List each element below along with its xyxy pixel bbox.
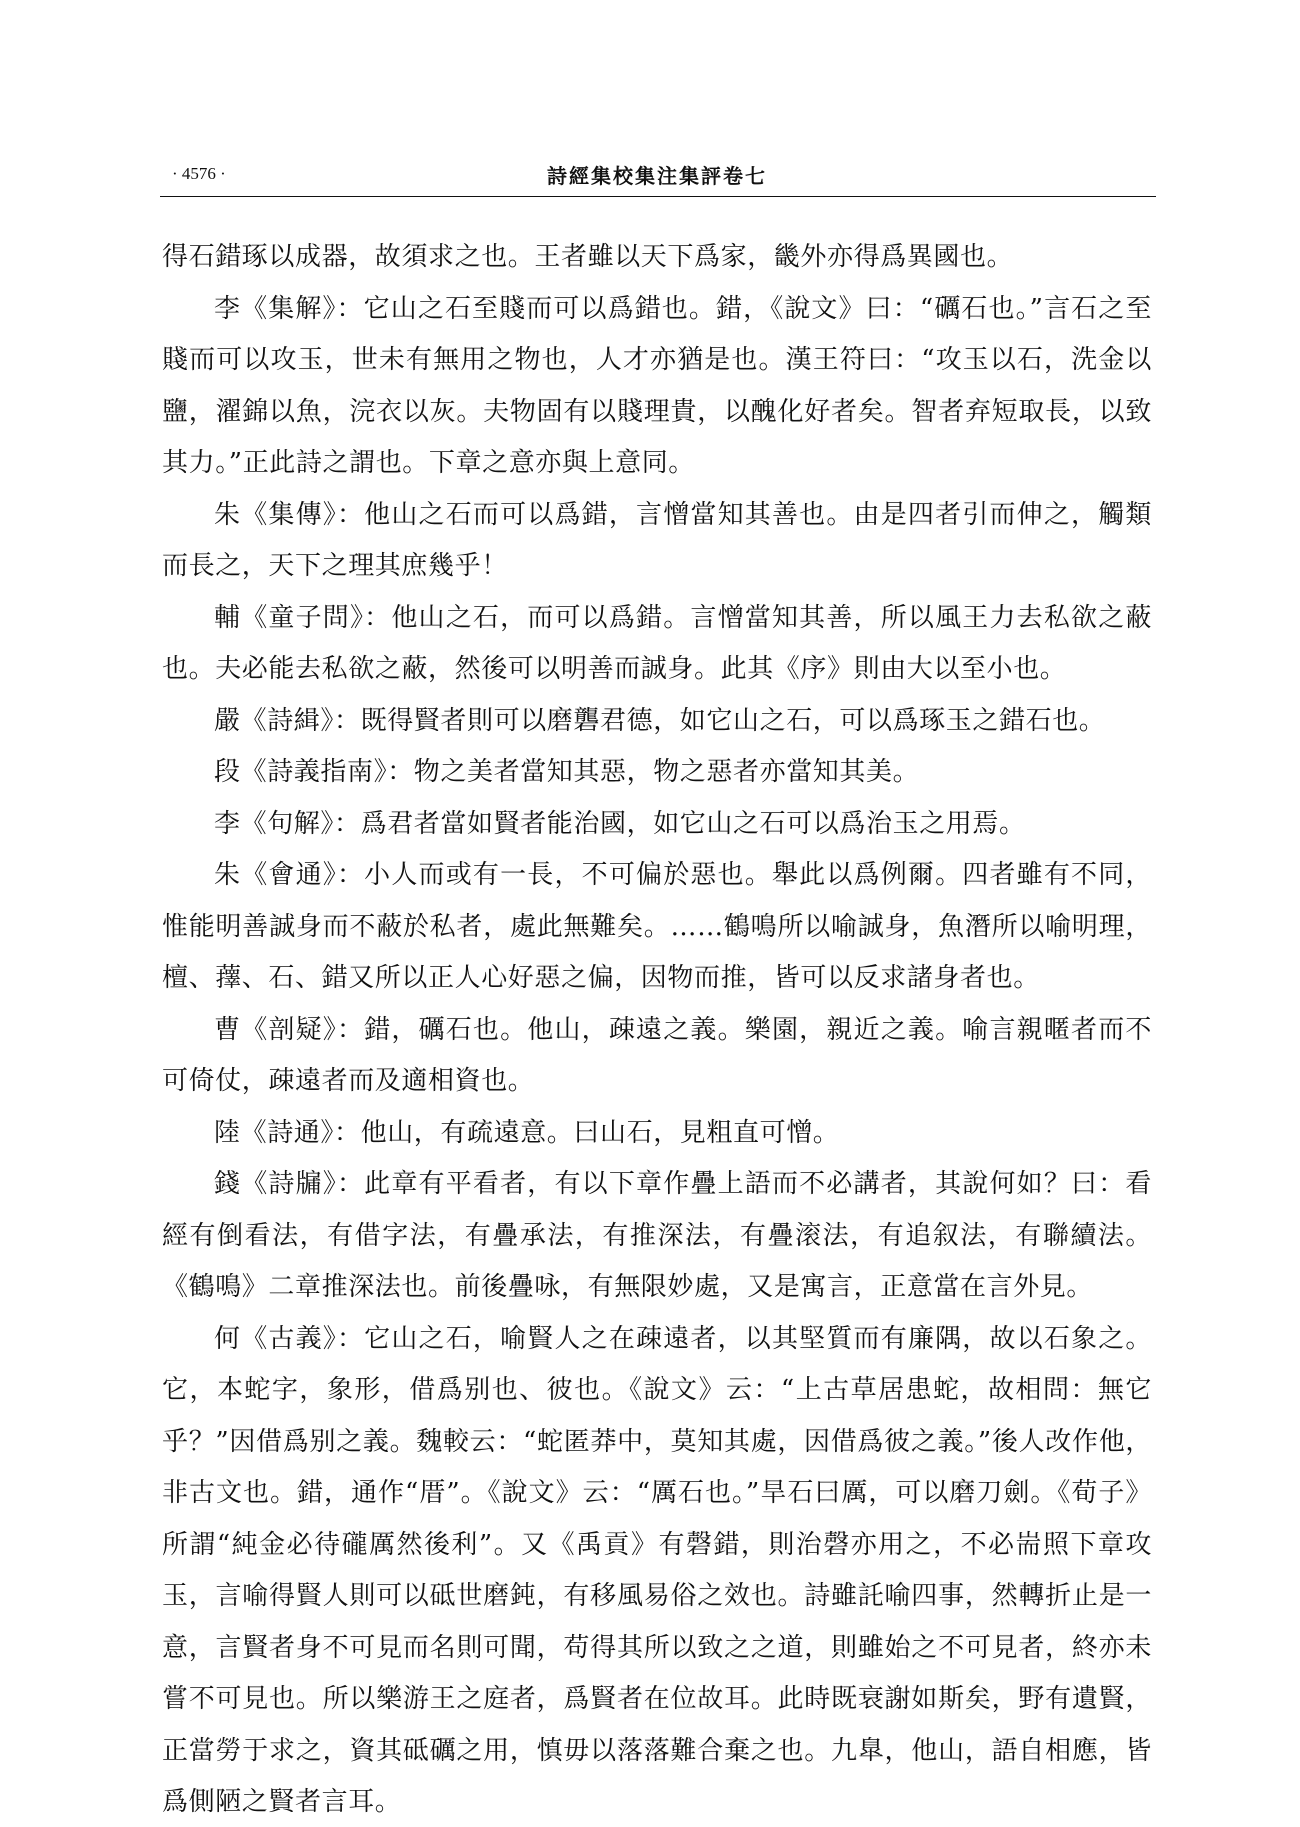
paragraph: 得石錯琢以成器，故須求之也。王者雖以天下爲家，畿外亦得爲異國也。 (162, 232, 1152, 284)
running-title: 詩經集校集注集評卷七 (162, 160, 1152, 189)
paragraph: 陸《詩通》：他山，有疏遠意。曰山石，見粗直可憎。 (162, 1108, 1152, 1160)
header-rule (160, 196, 1156, 197)
paragraph: 朱《會通》：小人而或有一長，不可偏於惡也。舉此以爲例爾。四者雖有不同，惟能明善誠… (162, 850, 1152, 1005)
paragraph: 何《古義》：它山之石，喻賢人之在疎遠者，以其堅質而有廉隅，故以石象之。它，本蛇字… (162, 1314, 1152, 1827)
paragraph: 嚴《詩緝》：既得賢者則可以磨礱君德，如它山之石，可以爲琢玉之錯石也。 (162, 696, 1152, 748)
paragraph: 輔《童子問》：他山之石，而可以爲錯。言憎當知其善，所以風王力去私欲之蔽也。夫必能… (162, 593, 1152, 696)
paragraph: 朱《集傳》：他山之石而可以爲錯，言憎當知其善也。由是四者引而伸之，觸類而長之，天… (162, 490, 1152, 593)
paragraph: 錢《詩牖》：此章有平看者，有以下章作疊上語而不必講者，其說何如？曰：看經有倒看法… (162, 1159, 1152, 1314)
page-header: · 4576 · 詩經集校集注集評卷七 (162, 158, 1152, 188)
paragraph: 李《句解》：爲君者當如賢者能治國，如它山之石可以爲治玉之用焉。 (162, 799, 1152, 851)
paragraph: 曹《剖疑》：錯，礪石也。他山，疎遠之義。樂園，親近之義。喻言親暱者而不可倚仗，疎… (162, 1005, 1152, 1108)
paragraph: 段《詩義指南》：物之美者當知其惡，物之惡者亦當知其美。 (162, 747, 1152, 799)
body-text: 得石錯琢以成器，故須求之也。王者雖以天下爲家，畿外亦得爲異國也。 李《集解》：它… (162, 232, 1152, 1827)
paragraph: 李《集解》：它山之石至賤而可以爲錯也。錯，《說文》曰：“礪石也。”言石之至賤而可… (162, 284, 1152, 490)
